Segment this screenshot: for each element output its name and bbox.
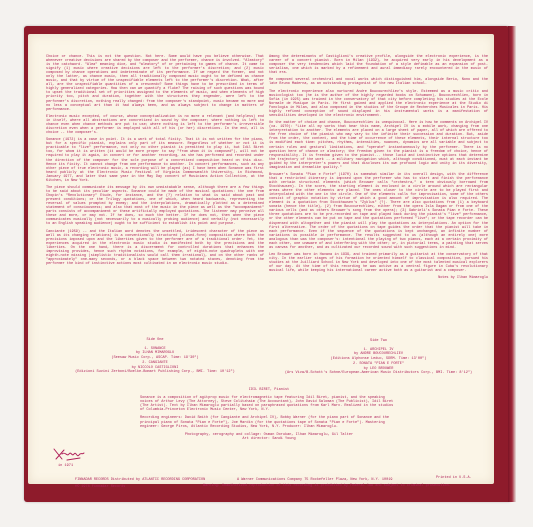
sleeve-spine — [508, 26, 516, 502]
track-publisher: (Ars Viva/B.Schott's Sohne/European-Amer… — [269, 371, 488, 375]
track-item: 2. SONATA "PIAN E FORTE" by LEO BROUWER … — [269, 362, 488, 375]
notes-right-column: Among the determinants of Castiglioni's … — [269, 55, 488, 281]
side-one-title: Side One — [46, 338, 264, 342]
side-two-tracklist: Side Two 1. ARCHIPEL IV by ANDRE BOUCOUR… — [269, 339, 488, 376]
distributor-line: FINNADAR RECORDS Distributed by ATLANTIC… — [75, 478, 205, 482]
performer-heading: IDIL BIRET, Pianist — [140, 388, 398, 392]
legal-warning: Warning: Unauthorized reproduction of th… — [203, 484, 451, 488]
copyright-line: ℗© 1978 Finnadar Records — [75, 485, 125, 489]
track-publisher: (Seesaw Music Corp., ASCAP. Time: 19'30"… — [46, 356, 264, 360]
notes-paragraph: The piece should communicate its message… — [46, 186, 264, 226]
notes-paragraph: On the matter of choice and chance, Bouc… — [269, 121, 488, 170]
notes-paragraph: He composed several orchestral and vocal… — [269, 78, 488, 86]
track-item: 1. SONANCE by ILHAN MIMAROGLU (Seesaw Mu… — [46, 347, 264, 360]
track-publisher: (Edizioni Suvini Zerboni/Boelke-Bomart P… — [46, 370, 264, 374]
performer-credits: IDIL BIRET, Pianist Sonance is a composi… — [140, 388, 398, 441]
side-one-tracklist: Side One 1. SONANCE by ILHAN MIMAROGLU (… — [46, 338, 264, 375]
side-two-title: Side Two — [269, 339, 488, 343]
recording-engineers: Recording engineers: David Smith (for Ca… — [140, 416, 398, 428]
notes-paragraph: The electronic experience also nurtured … — [269, 90, 488, 118]
notes-paragraph: Choice or chance. This is not the questi… — [46, 55, 264, 112]
notes-paragraph: Brouwer's Sonata "Pian e Forte" (1970) i… — [269, 173, 488, 250]
track-item: 2. CANGIANTE by NICCOLO CASTIGLIONI (Edi… — [46, 361, 264, 374]
track-item: 1. ARCHIPEL IV by ANDRE BOUCOURECHLIEV (… — [269, 348, 488, 361]
notes-paragraph: Electronic music excepted, of course, wh… — [46, 115, 264, 135]
signature-note: in 1971 — [58, 464, 73, 468]
notes-left-column: Choice or chance. This is not the questi… — [46, 55, 264, 269]
track-publisher: (Editions Alphonse Leduc, SDRM. Time: 13… — [269, 357, 488, 361]
sonance-description: Sonance is a composition of agitprop mus… — [140, 396, 398, 412]
notes-paragraph: Leo Brouwer was born in Havana in 1939, … — [269, 253, 488, 273]
art-director-credit: Art director: Sandi Young — [140, 437, 398, 441]
notes-paragraph: Canciante (1959) -- and the Italian word… — [46, 230, 264, 266]
printed-in-line: Printed in U.S.A. — [436, 476, 472, 480]
notes-paragraph: Among the determinants of Castiglioni's … — [269, 55, 488, 75]
notes-credit: Notes by Ilhan Mimaroglu — [269, 276, 488, 280]
signature-icon — [52, 445, 86, 465]
warner-line: A Warner Communications Company 75 Rocke… — [237, 478, 392, 482]
notes-paragraph: Sonance (1972) is a case in point. It is… — [46, 138, 264, 183]
